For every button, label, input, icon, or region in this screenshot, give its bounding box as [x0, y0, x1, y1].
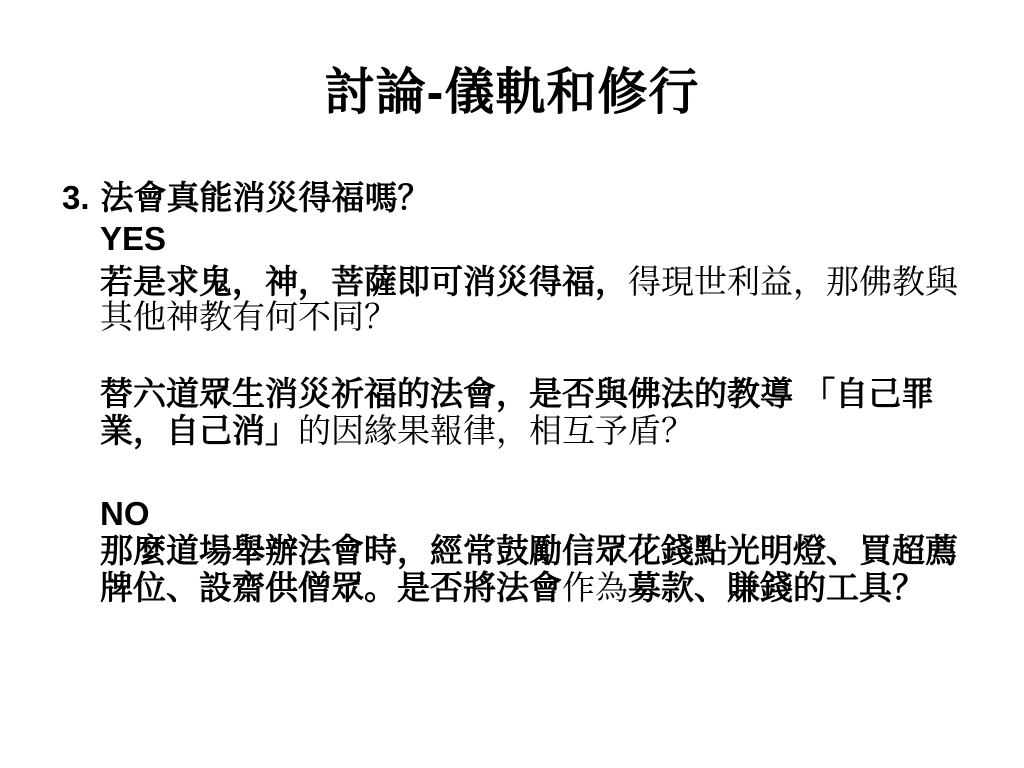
slide-body: 3.法會真能消災得福嗎？ YES 若是求鬼，神，菩薩即可消災得福，得現世利益，那…	[62, 180, 969, 607]
paragraph-no-emphasis-2: 募款、賺錢的工具？	[628, 569, 925, 606]
paragraph-middle: 替六道眾生消災祈福的法會，是否與佛法的教導 「自己罪業，自己消」的因緣果報律，相…	[100, 376, 969, 450]
paragraph-no-regular: 作為	[562, 571, 628, 607]
paragraph-middle-continuation: 的因緣果報律，相互予盾？	[298, 414, 694, 450]
question-text: 法會真能消災得福嗎？	[101, 179, 431, 216]
paragraph-no: 那麼道場舉辦法會時，經常鼓勵信眾花錢點光明燈、買超薦牌位、設齋供僧眾。是否將法會…	[100, 533, 969, 607]
no-label: NO	[100, 496, 969, 531]
presentation-slide: 討論-儀軌和修行 3.法會真能消災得福嗎？ YES 若是求鬼，神，菩薩即可消災得…	[0, 0, 1024, 768]
slide-title: 討論-儀軌和修行	[0, 64, 1024, 120]
yes-label: YES	[100, 221, 969, 256]
paragraph-yes-emphasis: 若是求鬼，神，菩薩即可消災得福，	[100, 263, 628, 300]
question-number: 3.	[62, 179, 90, 216]
question-line: 3.法會真能消災得福嗎？	[62, 180, 969, 215]
paragraph-yes: 若是求鬼，神，菩薩即可消災得福，得現世利益，那佛教與其他神教有何不同？	[100, 264, 969, 336]
